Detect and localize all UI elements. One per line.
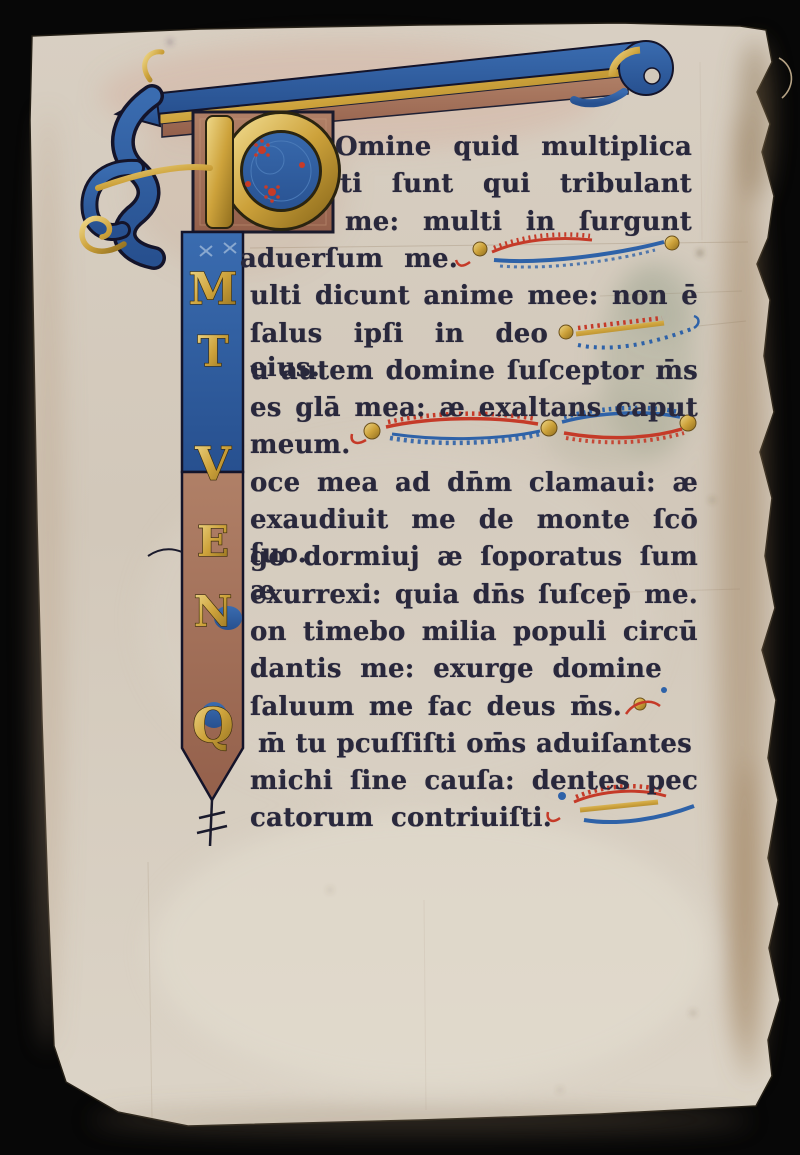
versal-v: V bbox=[194, 437, 232, 491]
manuscript-photo: M T V E N Q bbox=[0, 0, 800, 1155]
versal-t: T bbox=[197, 327, 228, 376]
manuscript-leaf: M T V E N Q bbox=[0, 0, 800, 1155]
versal-m: M bbox=[189, 264, 238, 315]
stray-fiber bbox=[779, 58, 791, 98]
versal-n: N bbox=[194, 587, 232, 636]
versal-e: E bbox=[197, 517, 229, 566]
versal-q: Q bbox=[192, 698, 234, 754]
